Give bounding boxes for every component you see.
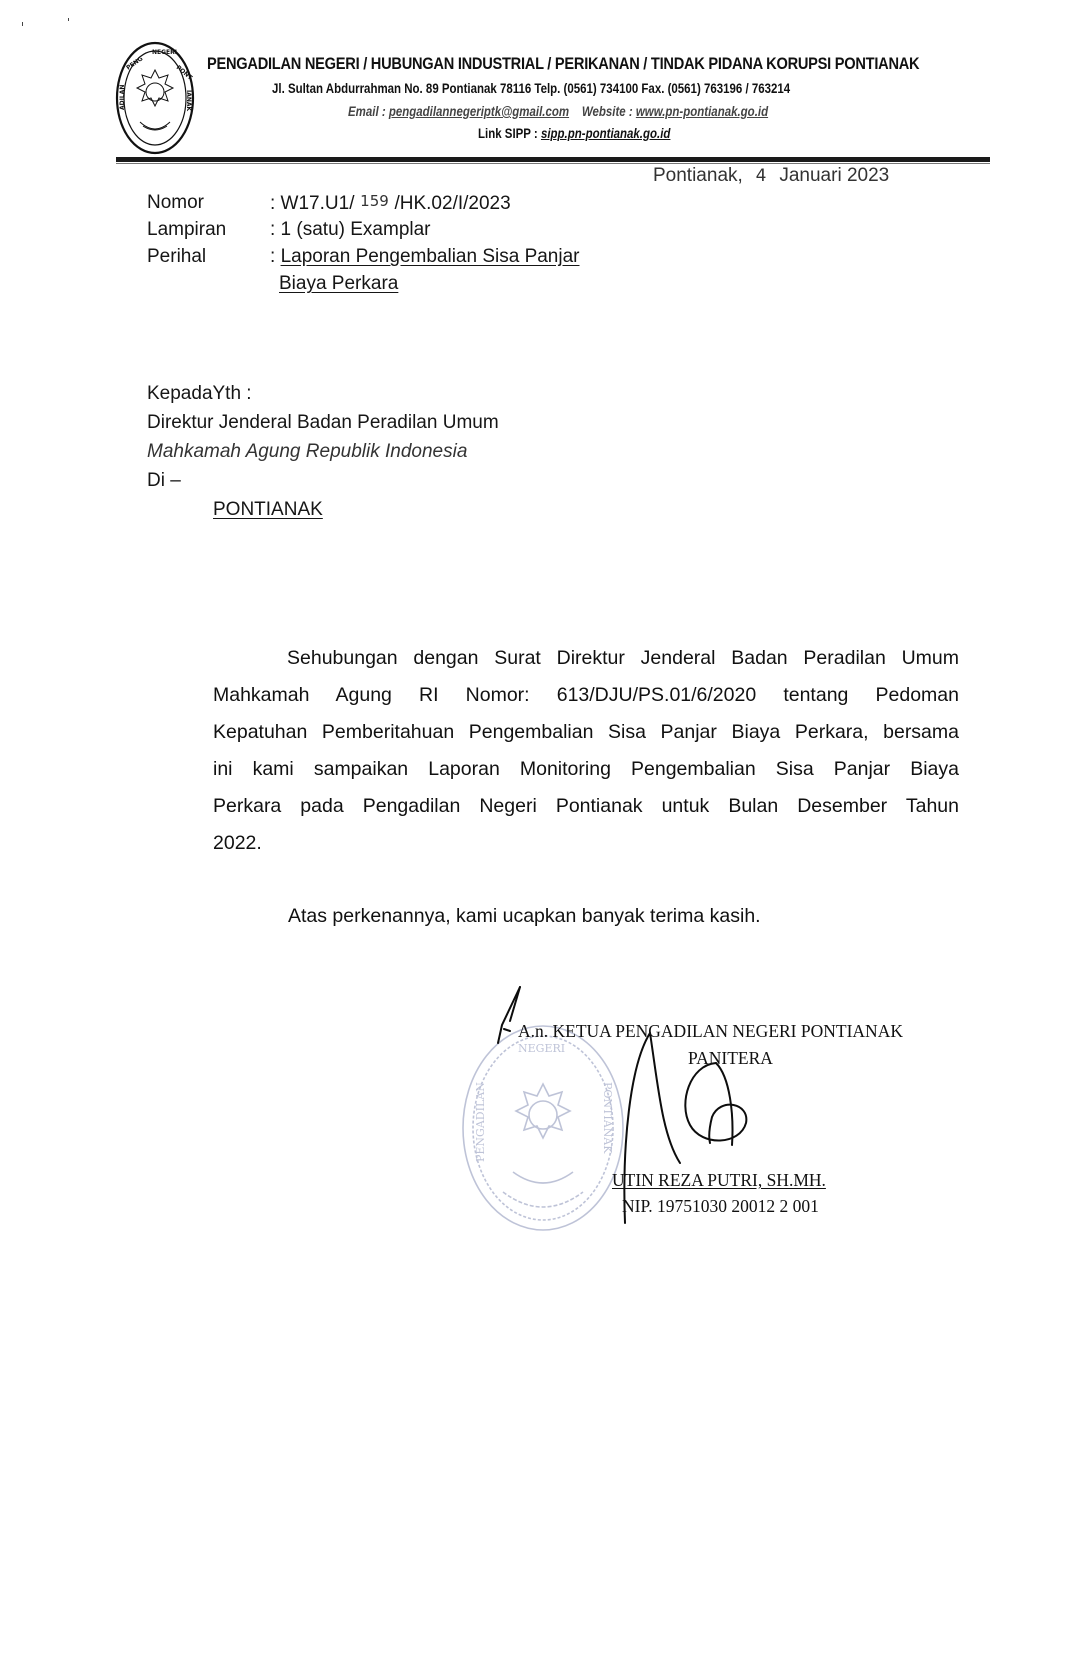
signatory-nip: NIP. 19751030 20012 2 001: [622, 1196, 819, 1217]
body-line: Mahkamah Agung RI Nomor: 613/DJU/PS.01/6…: [213, 677, 959, 714]
lampiran-value: : 1 (satu) Examplar: [270, 219, 431, 241]
signature-role-line1: A.n. KETUA PENGADILAN NEGERI PONTIANAK: [518, 1021, 903, 1042]
date-day-handwritten: 4: [748, 166, 774, 186]
perihal-line2: Biaya Perkara: [279, 273, 398, 295]
perihal-line1: Laporan Pengembalian Sisa Panjar: [281, 246, 580, 267]
nomor-value: : W17.U1/159/HK.02/I/2023: [270, 192, 511, 215]
date-month-year: Januari 2023: [779, 165, 889, 186]
perihal-value: : Laporan Pengembalian Sisa Panjar: [270, 246, 580, 268]
scan-speck: [22, 22, 23, 26]
sipp-link[interactable]: sipp.pn-pontianak.go.id: [541, 125, 670, 141]
svg-text:NEGERI: NEGERI: [152, 49, 177, 56]
website-link[interactable]: www.pn-pontianak.go.id: [636, 103, 768, 119]
letterhead-divider: [116, 157, 990, 162]
body-line: ini kami sampaikan Laporan Monitoring Pe…: [213, 751, 959, 788]
letterhead-address: Jl. Sultan Abdurrahman No. 89 Pontianak …: [272, 80, 790, 96]
email-label: Email :: [348, 103, 386, 119]
letterhead-title: PENGADILAN NEGERI / HUBUNGAN INDUSTRIAL …: [207, 54, 919, 74]
body-line: Perkara pada Pengadilan Negeri Pontianak…: [213, 788, 959, 825]
sipp-label: Link SIPP :: [478, 125, 538, 141]
perihal-colon: :: [270, 246, 281, 267]
nomor-label: Nomor: [147, 192, 204, 214]
court-seal-emblem-icon: PENG NEGERI PONT ADILAN IANAK: [114, 40, 196, 156]
signatory-name: UTIN REZA PUTRI, SH.MH.: [612, 1170, 826, 1191]
letterhead-divider-thin: [116, 163, 990, 164]
body-line: Kepatuhan Pemberitahuan Pengembalian Sis…: [213, 714, 959, 751]
recipient-line1: Direktur Jenderal Badan Peradilan Umum: [147, 412, 499, 434]
closing-sentence: Atas perkenannya, kami ucapkan banyak te…: [288, 905, 761, 928]
nomor-handwritten: 159: [354, 192, 394, 210]
signature-role-line2: PANITERA: [688, 1048, 773, 1069]
body-line: 2022.: [213, 825, 959, 862]
scan-speck: [68, 18, 69, 21]
website-label: Website :: [582, 103, 633, 119]
letterhead-contact: Email : pengadilannegeriptk@gmail.com We…: [348, 103, 768, 119]
lampiran-label: Lampiran: [147, 219, 226, 241]
perihal-label: Perihal: [147, 246, 206, 268]
nomor-suffix: /HK.02/I/2023: [394, 193, 510, 214]
recipient-line2: Mahkamah Agung Republik Indonesia: [147, 441, 467, 463]
date-city: Pontianak,: [653, 165, 743, 186]
svg-text:IANAK: IANAK: [185, 90, 192, 112]
body-line: Sehubungan dengan Surat Direktur Jendera…: [213, 640, 959, 677]
email-link[interactable]: pengadilannegeriptk@gmail.com: [389, 103, 569, 119]
svg-text:ADILAN: ADILAN: [119, 85, 126, 110]
recipient-salutation: KepadaYth :: [147, 383, 252, 405]
letterhead-sipp: Link SIPP : sipp.pn-pontianak.go.id: [478, 125, 670, 141]
recipient-city: PONTIANAK: [213, 499, 323, 521]
letter-date: Pontianak, 4 Januari 2023: [653, 165, 889, 187]
recipient-line3: Di –: [147, 470, 181, 492]
nomor-prefix: : W17.U1/: [270, 193, 354, 214]
body-paragraph: Sehubungan dengan Surat Direktur Jendera…: [213, 640, 959, 862]
svg-text:PENGADILAN: PENGADILAN: [474, 1082, 487, 1162]
